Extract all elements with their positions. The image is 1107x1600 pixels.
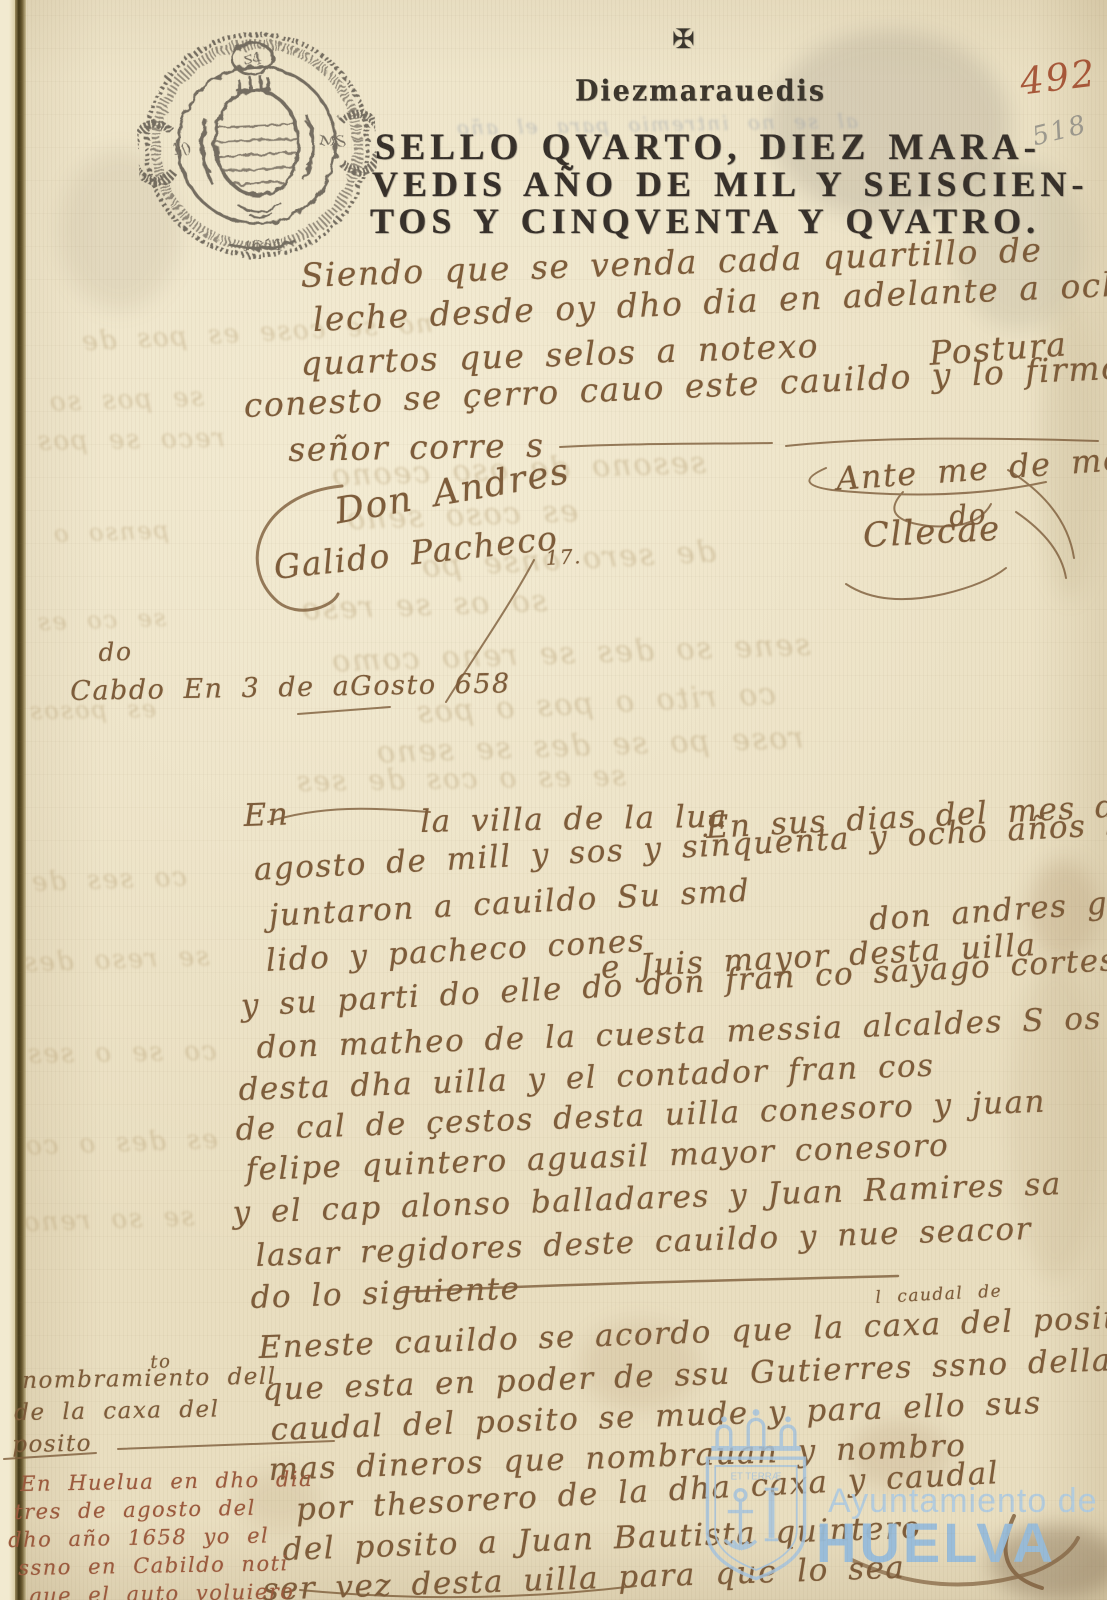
cross-icon: ✠ <box>672 24 695 55</box>
signature-right-line: Cllecae <box>862 509 1002 556</box>
margin-notification-note: que el auto voluiero <box>28 1579 295 1600</box>
margin-appointment-note: posito <box>12 1431 92 1458</box>
seal-top-text: S4 <box>243 52 263 69</box>
bleedthrough-text: co ses de <box>30 862 188 897</box>
margin-notification-note: En Huelua en dho dia <box>20 1467 313 1496</box>
seal-right-text: MS <box>320 133 345 150</box>
bleedthrough-text: se pos so <box>48 382 205 417</box>
bleedthrough-text: co se o ses <box>26 1036 217 1069</box>
seal-year-text: 1654 <box>242 236 282 256</box>
tax-seal-stamp: S4 10 MS 1654 <box>132 20 382 270</box>
margin-notification-note: ssno en Cabildo noti <box>18 1551 289 1580</box>
bleedthrough-text: se so reno <box>22 1202 195 1238</box>
bleedthrough-text: se es o cos de ses <box>295 759 626 798</box>
margin-session-note: do <box>98 637 133 667</box>
margin-appointment-note: de la caxa del <box>14 1396 220 1426</box>
binding-gutter <box>15 0 26 1600</box>
adjacent-page-edge <box>0 0 15 1600</box>
bleedthrough-text: se co es <box>36 604 167 637</box>
archive-crest-watermark: ET TERRÆ <box>686 1396 826 1600</box>
margin-notification-note: dho año 1658 yo el <box>8 1523 269 1552</box>
heading-line-2: VEDIS AÑO DE MIL Y SEISCIEN- <box>372 163 1088 205</box>
margin-notification-note: tres de agosto del <box>14 1496 256 1524</box>
crest-motto-text: ET TERRÆ <box>731 1472 782 1483</box>
bleedthrough-text: reco se pos <box>36 423 225 456</box>
body-line: En <box>243 796 290 834</box>
signature-side-note: 17. <box>545 544 583 570</box>
bleedthrough-text: penso o <box>52 516 170 548</box>
tax-rate-line: Diezmarauedis <box>575 75 826 108</box>
margin-appointment-note: nombramiento dell <box>22 1364 277 1394</box>
watermark-city-text: HUELVA <box>816 1510 1056 1575</box>
manuscript-page: al se no intremio para el año sesono de … <box>0 0 1107 1600</box>
seal-left-text: 10 <box>171 141 190 158</box>
